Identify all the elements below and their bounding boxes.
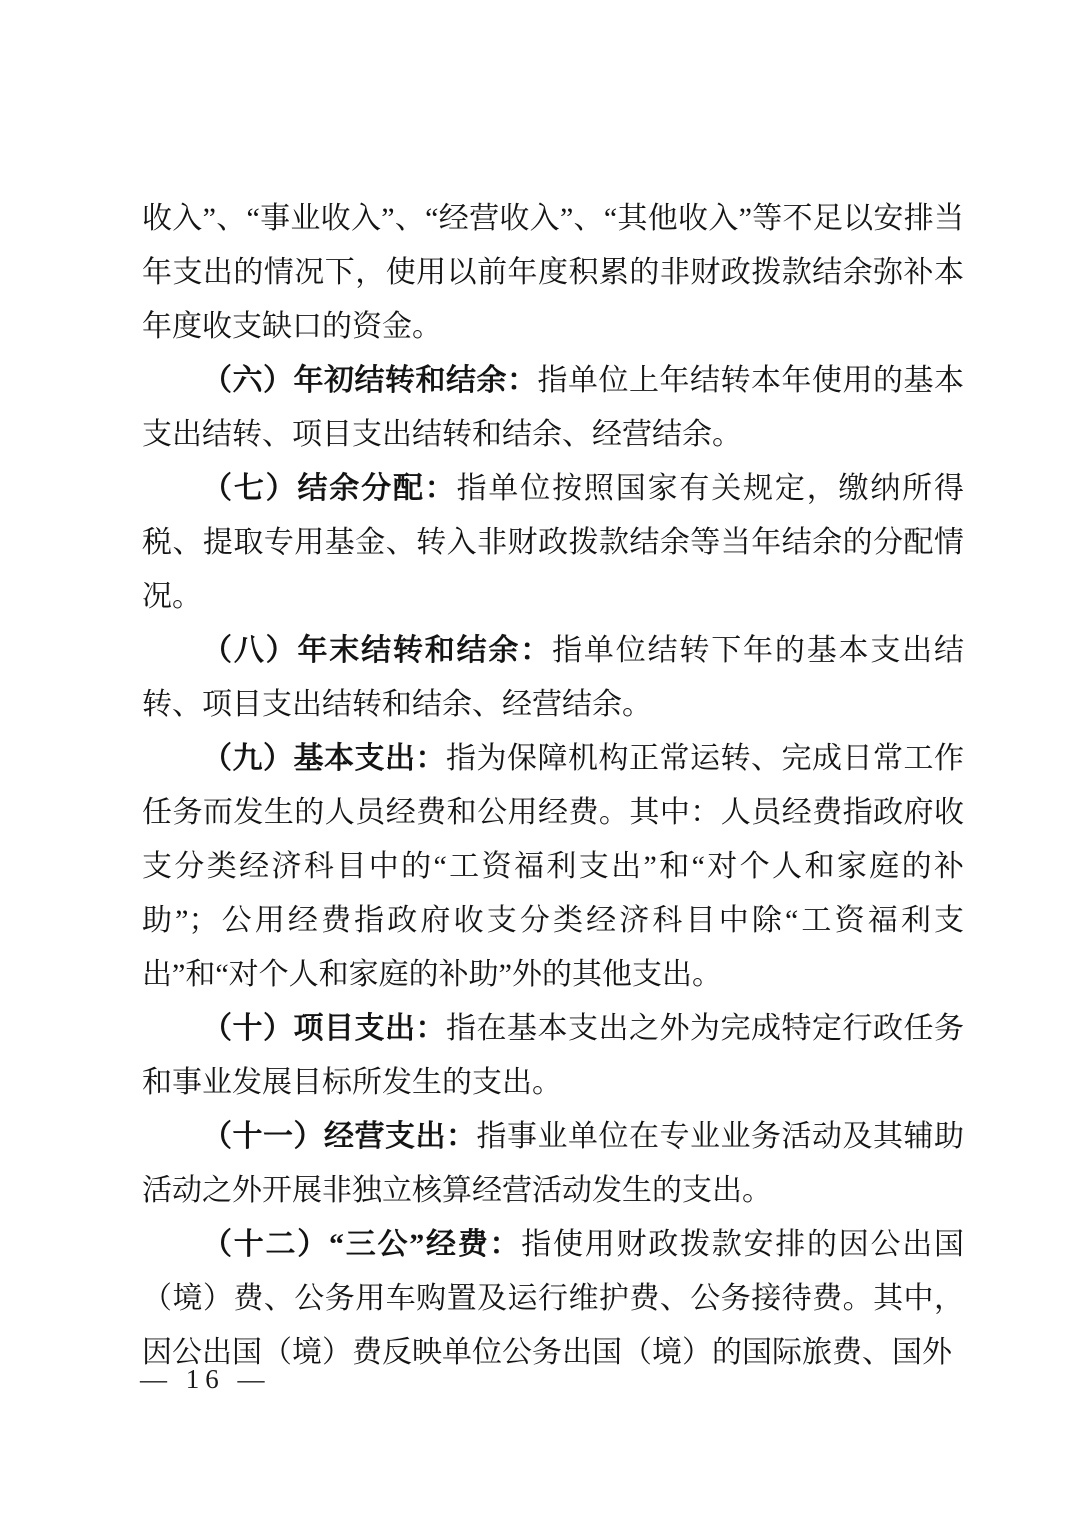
term-label: （九）基本支出： [202,742,446,775]
term-label: （七）结余分配： [202,472,457,505]
term-label: （六）年初结转和结余： [202,364,538,397]
paragraph: （十一）经营支出：指事业单位在专业业务活动及其辅助活动之外开展非独立核算经营活动… [142,1110,964,1218]
term-label: （十二）“三公”经费： [202,1228,521,1261]
paragraph: （八）年末结转和结余：指单位结转下年的基本支出结转、项目支出结转和结余、经营结余… [142,624,964,732]
term-label: （八）年末结转和结余： [202,634,552,667]
document-page: 收入”、“事业收入”、“经营收入”、“其他收入”等不足以安排当年支出的情况下，使… [0,0,1074,1520]
page-number: — 16 — [140,1362,271,1396]
paragraph: （九）基本支出：指为保障机构正常运转、完成日常工作任务而发生的人员经费和公用经费… [142,732,964,1002]
document-body: 收入”、“事业收入”、“经营收入”、“其他收入”等不足以安排当年支出的情况下，使… [142,192,964,1380]
term-label: （十一）经营支出： [202,1120,477,1153]
paragraph: （十）项目支出：指在基本支出之外为完成特定行政任务和事业发展目标所发生的支出。 [142,1002,964,1110]
paragraph: （七）结余分配：指单位按照国家有关规定，缴纳所得税、提取专用基金、转入非财政拨款… [142,462,964,624]
body-text: 指为保障机构正常运转、完成日常工作任务而发生的人员经费和公用经费。其中：人员经费… [142,742,964,991]
paragraph: 收入”、“事业收入”、“经营收入”、“其他收入”等不足以安排当年支出的情况下，使… [142,192,964,354]
paragraph: （六）年初结转和结余：指单位上年结转本年使用的基本支出结转、项目支出结转和结余、… [142,354,964,462]
paragraph: （十二）“三公”经费：指使用财政拨款安排的因公出国（境）费、公务用车购置及运行维… [142,1218,964,1380]
body-text: 收入”、“事业收入”、“经营收入”、“其他收入”等不足以安排当年支出的情况下，使… [142,202,964,343]
term-label: （十）项目支出： [202,1012,446,1045]
